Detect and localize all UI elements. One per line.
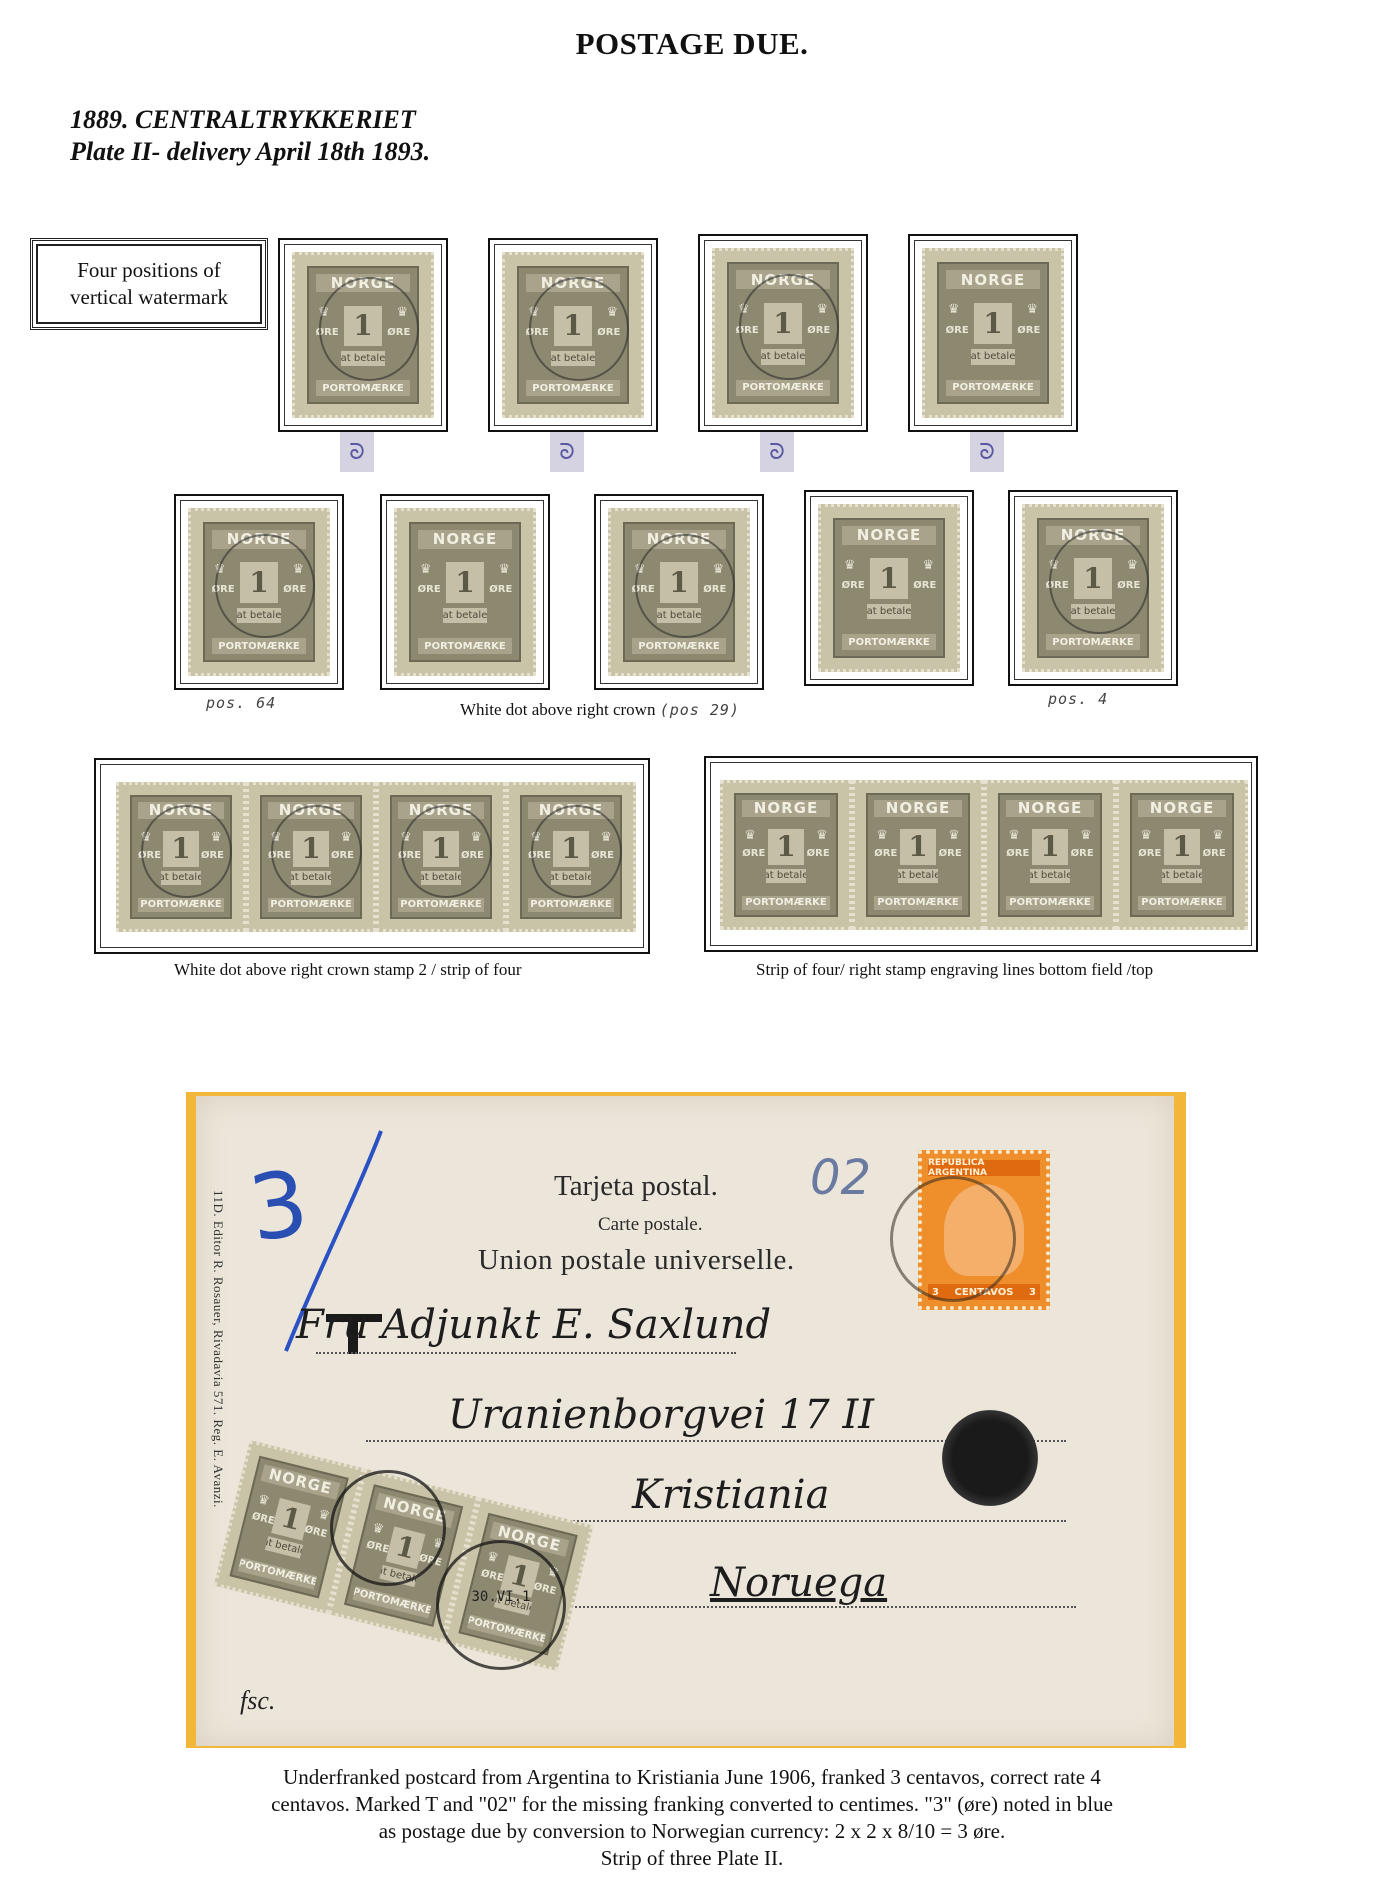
stamp-slot: NORGE ♛ ♛ 1 ØRE ØRE at betale PORTOMÆRKE	[984, 780, 1116, 930]
crown-icon: ♛	[816, 827, 828, 843]
stamp-slot: NORGE ♛ ♛ 1 ØRE ØRE at betale PORTOMÆRKE	[502, 252, 644, 418]
postcard-caption: Underfranked postcard from Argentina to …	[160, 1764, 1224, 1872]
stamp-middle-text: at betale	[898, 869, 938, 882]
cancellation-postmark	[271, 805, 362, 898]
stamp-currency-left: ØRE	[874, 848, 897, 859]
stamp-slot: NORGE ♛ ♛ 1 ØRE ØRE at betale PORTOMÆRKE	[116, 782, 246, 932]
postage-due-stamp: NORGE ♛ ♛ 1 ØRE ØRE at betale PORTOMÆRKE	[818, 504, 960, 672]
posthorn-watermark-icon: ᘐ	[970, 432, 1004, 472]
stamp-design: NORGE ♛ ♛ 1 ØRE ØRE at betale PORTOMÆRKE	[409, 522, 521, 661]
kristiania-postmark	[330, 1470, 446, 1586]
stamp-slot: NORGE ♛ ♛ 1 ØRE ØRE at betale PORTOMÆRKE	[188, 508, 330, 676]
stamp-slot: NORGE ♛ ♛ 1 ØRE ØRE at betale PORTOMÆRKE	[246, 782, 376, 932]
stamp-design: NORGE ♛ ♛ 1 ØRE ØRE at betale PORTOMÆRKE	[937, 262, 1049, 403]
stamp-slot: NORGE ♛ ♛ 1 ØRE ØRE at betale PORTOMÆRKE	[818, 504, 960, 672]
stamp-frame-row2-1: NORGE ♛ ♛ 1 ØRE ØRE at betale PORTOMÆRKE	[174, 494, 344, 690]
cancellation-postmark	[529, 277, 628, 380]
stamp-currency-right: ØRE	[807, 848, 830, 859]
argentina-stamp-header: REPUBLICA ARGENTINA	[928, 1160, 1040, 1176]
stamp-bottom-text: PORTOMÆRKE	[742, 896, 829, 910]
watermark-label-line-1: Four positions of	[70, 257, 228, 284]
strip-caption-right: Strip of four/ right stamp engraving lin…	[756, 960, 1153, 980]
subtitle-line-1: 1889. CENTRALTRYKKERIET	[70, 104, 430, 136]
caption-line-4: Strip of three Plate II.	[160, 1845, 1224, 1872]
stamp-frame-row1-4: NORGE ♛ ♛ 1 ØRE ØRE at betale PORTOMÆRKE	[908, 234, 1078, 432]
stamp-slot: NORGE ♛ ♛ 1 ØRE ØRE at betale PORTOMÆRKE	[394, 508, 536, 676]
stamp-value: 1	[1032, 829, 1068, 865]
postage-due-stamp: NORGE ♛ ♛ 1 ØRE ØRE at betale PORTOMÆRKE	[188, 508, 330, 676]
cancellation-postmark	[635, 534, 734, 638]
crown-icon: ♛	[744, 827, 756, 843]
stamp-value: 1	[768, 829, 804, 865]
crown-icon: ♛	[923, 557, 935, 573]
stamp-currency-left: ØRE	[1006, 848, 1029, 859]
posthorn-watermark-icon: ᘐ	[340, 432, 374, 472]
stamp-bottom-text: PORTOMÆRKE	[874, 896, 961, 910]
stamp-middle-text: at betale	[971, 349, 1014, 364]
postage-due-stamp: NORGE ♛ ♛ 1 ØRE ØRE at betale PORTOMÆRKE	[922, 248, 1064, 418]
position-note-right: pos. 4	[1048, 690, 1108, 708]
stamp-bottom-text: PORTOMÆRKE	[316, 380, 411, 396]
postage-due-stamp: NORGE ♛ ♛ 1 ØRE ØRE at betale PORTOMÆRKE	[246, 782, 376, 932]
crown-icon: ♛	[876, 827, 888, 843]
crown-icon: ♛	[948, 301, 960, 317]
stamp-bottom-text: PORTOMÆRKE	[398, 898, 484, 912]
stamp-middle-text: at betale	[1030, 869, 1070, 882]
stamp-middle-text: at betale	[265, 1537, 302, 1558]
stamp-frame-row1-1: NORGE ♛ ♛ 1 ØRE ØRE at betale PORTOMÆRKE	[278, 238, 448, 432]
stamp-frame-row2-2: NORGE ♛ ♛ 1 ØRE ØRE at betale PORTOMÆRKE	[380, 494, 550, 690]
stamp-currency-right: ØRE	[489, 584, 512, 595]
cancellation-postmark	[531, 805, 622, 898]
postcard-publisher-imprint: 11D. Editor R. Rosauer, Rivadavia 571. R…	[210, 1190, 226, 1508]
stamp-country: NORGE	[874, 800, 961, 817]
postage-due-stamp: NORGE ♛ ♛ 1 ØRE ØRE at betale PORTOMÆRKE	[502, 252, 644, 418]
stamp-currency-left: ØRE	[1138, 848, 1161, 859]
caption-line-1: Underfranked postcard from Argentina to …	[160, 1764, 1224, 1791]
stamp-slot: NORGE ♛ ♛ 1 ØRE ØRE at betale PORTOMÆRKE	[1022, 504, 1164, 672]
posthorn-watermark-icon: ᘐ	[760, 432, 794, 472]
row2-caption: White dot above right crown (pos 29)	[460, 700, 740, 720]
black-postmark	[942, 1410, 1038, 1506]
cancellation-postmark	[1049, 530, 1148, 634]
stamp-bottom-text: PORTOMÆRKE	[268, 898, 354, 912]
crown-icon: ♛	[948, 827, 960, 843]
stamp-middle-text: at betale	[766, 869, 806, 882]
address-line-3: Kristiania	[632, 1472, 829, 1518]
stamp-frame-row1-2: NORGE ♛ ♛ 1 ØRE ØRE at betale PORTOMÆRKE	[488, 238, 658, 432]
cancellation-postmark	[215, 534, 314, 638]
postage-due-stamp: NORGE ♛ ♛ 1 ØRE ØRE at betale PORTOMÆRKE	[712, 248, 854, 418]
stamp-slot: NORGE ♛ ♛ 1 ØRE ØRE at betale PORTOMÆRKE	[376, 782, 506, 932]
stamp-value: 1	[974, 303, 1013, 344]
stamp-slot: NORGE ♛ ♛ 1 ØRE ØRE at betale PORTOMÆRKE	[608, 508, 750, 676]
stamp-country: NORGE	[742, 800, 829, 817]
address-line-4: Noruega	[710, 1560, 887, 1606]
stamp-frame-row2-4: NORGE ♛ ♛ 1 ØRE ØRE at betale PORTOMÆRKE	[804, 490, 974, 686]
cancellation-postmark	[141, 805, 232, 898]
stamp-bottom-text: PORTOMÆRKE	[946, 380, 1041, 396]
crown-icon: ♛	[420, 561, 432, 577]
caption-line-2: centavos. Marked T and "02" for the miss…	[160, 1791, 1224, 1818]
crown-icon: ♛	[1080, 827, 1092, 843]
stamp-design: NORGE ♛ ♛ 1 ØRE ØRE at betale PORTOMÆRKE	[998, 793, 1101, 917]
stamp-value: 1	[870, 558, 909, 599]
row2-caption-text: White dot above right crown	[460, 700, 655, 719]
stamp-bottom-text: PORTOMÆRKE	[526, 380, 621, 396]
stamp-currency-right: ØRE	[303, 1524, 328, 1540]
stamp-slot: NORGE ♛ ♛ 1 ØRE ØRE at betale PORTOMÆRKE	[720, 780, 852, 930]
stamp-bottom-text: PORTOMÆRKE	[736, 380, 831, 396]
stamp-bottom-text: PORTOMÆRKE	[632, 638, 727, 654]
expert-signature: fsc.	[240, 1686, 275, 1716]
stamp-currency-right: ØRE	[1017, 325, 1040, 336]
crown-icon: ♛	[1027, 301, 1039, 317]
stamp-bottom-text: PORTOMÆRKE	[842, 634, 937, 650]
postage-due-stamp: NORGE ♛ ♛ 1 ØRE ØRE at betale PORTOMÆRKE	[376, 782, 506, 932]
stamp-slot: NORGE ♛ ♛ 1 ØRE ØRE at betale PORTOMÆRKE	[292, 252, 434, 418]
stamp-middle-text: at betale	[867, 604, 910, 619]
watermark-label-line-2: vertical watermark	[70, 284, 228, 311]
stamp-design: NORGE ♛ ♛ 1 ØRE ØRE at betale PORTOMÆRKE	[833, 518, 945, 657]
stamp-design: NORGE ♛ ♛ 1 ØRE ØRE at betale PORTOMÆRKE	[1130, 793, 1233, 917]
crown-icon: ♛	[256, 1491, 271, 1509]
stamp-frame-row1-3: NORGE ♛ ♛ 1 ØRE ØRE at betale PORTOMÆRKE	[698, 234, 868, 432]
subtitle-line-2: Plate II- delivery April 18th 1893.	[70, 136, 430, 168]
stamp-value: 1	[446, 562, 485, 603]
caption-line-3: as postage due by conversion to Norwegia…	[160, 1818, 1224, 1845]
stamp-bottom-text: PORTOMÆRKE	[138, 898, 224, 912]
stamp-slot: NORGE ♛ ♛ 1 ØRE ØRE at betale PORTOMÆRKE	[506, 782, 636, 932]
postcard-subtitle: Carte postale.	[598, 1214, 702, 1236]
stamp-slot: NORGE ♛ ♛ 1 ØRE ØRE at betale PORTOMÆRKE	[712, 248, 854, 418]
crown-icon: ♛	[1140, 827, 1152, 843]
stamp-country: NORGE	[946, 270, 1041, 289]
watermark-label-box: Four positions of vertical watermark	[30, 238, 268, 330]
postage-due-stamp: NORGE ♛ ♛ 1 ØRE ØRE at betale PORTOMÆRKE	[852, 780, 984, 930]
postage-due-stamp: NORGE ♛ ♛ 1 ØRE ØRE at betale PORTOMÆRKE	[506, 782, 636, 932]
postage-due-stamp: NORGE ♛ ♛ 1 ØRE ØRE at betale PORTOMÆRKE	[1116, 780, 1248, 930]
stamp-currency-right: ØRE	[913, 580, 936, 591]
postage-due-stamp: NORGE ♛ ♛ 1 ØRE ØRE at betale PORTOMÆRKE	[292, 252, 434, 418]
postcard-title: Tarjeta postal.	[554, 1170, 718, 1203]
stamp-middle-text: at betale	[1162, 869, 1202, 882]
stamp-slot: NORGE ♛ ♛ 1 ØRE ØRE at betale PORTOMÆRKE	[1116, 780, 1248, 930]
argentina-postmark	[890, 1176, 1016, 1302]
cancellation-postmark	[739, 274, 838, 380]
crown-icon: ♛	[499, 561, 511, 577]
stamp-slot: NORGE ♛ ♛ 1 ØRE ØRE at betale PORTOMÆRKE	[922, 248, 1064, 418]
stamp-frame-row2-5: NORGE ♛ ♛ 1 ØRE ØRE at betale PORTOMÆRKE	[1008, 490, 1178, 686]
address-rule	[316, 1352, 736, 1354]
crown-icon: ♛	[1212, 827, 1224, 843]
stamp-currency-left: ØRE	[742, 848, 765, 859]
postage-due-stamp: NORGE ♛ ♛ 1 ØRE ØRE at betale PORTOMÆRKE	[984, 780, 1116, 930]
stamp-currency-right: ØRE	[939, 848, 962, 859]
stamp-currency-right: ØRE	[1071, 848, 1094, 859]
stamp-bottom-text: PORTOMÆRKE	[528, 898, 614, 912]
stamp-country: NORGE	[1006, 800, 1093, 817]
postage-due-stamp: NORGE ♛ ♛ 1 ØRE ØRE at betale PORTOMÆRKE	[720, 780, 852, 930]
strip-frame-left: NORGE ♛ ♛ 1 ØRE ØRE at betale PORTOMÆRKE…	[94, 758, 650, 954]
stamp-country: NORGE	[418, 530, 513, 549]
postage-due-stamp: NORGE ♛ ♛ 1 ØRE ØRE at betale PORTOMÆRKE	[116, 782, 246, 932]
argentina-stamp-value-right: 3	[1029, 1287, 1036, 1298]
position-note-left: pos. 64	[206, 694, 276, 712]
postcard-union-text: Union postale universelle.	[478, 1244, 795, 1277]
stamp-currency-left: ØRE	[418, 584, 441, 595]
pencil-marking: 02	[810, 1150, 871, 1206]
cancellation-postmark	[319, 277, 418, 380]
strip-frame-right: NORGE ♛ ♛ 1 ØRE ØRE at betale PORTOMÆRKE…	[704, 756, 1258, 952]
stamp-bottom-text: PORTOMÆRKE	[1006, 896, 1093, 910]
page-subtitle: 1889. CENTRALTRYKKERIET Plate II- delive…	[70, 104, 430, 168]
stamp-value: 1	[900, 829, 936, 865]
address-line-1: Fru Adjunkt E. Saxlund	[296, 1302, 771, 1348]
stamp-bottom-text: PORTOMÆRKE	[1046, 634, 1141, 650]
stamp-bottom-text: PORTOMÆRKE	[353, 1586, 431, 1619]
stamp-bottom-text: PORTOMÆRKE	[1138, 896, 1225, 910]
kristiania-postmark: 30.VI.1	[436, 1540, 566, 1670]
postage-due-stamp: NORGE ♛ ♛ 1 ØRE ØRE at betale PORTOMÆRKE	[608, 508, 750, 676]
stamp-bottom-text: PORTOMÆRKE	[238, 1557, 316, 1590]
stamp-currency-left: ØRE	[842, 580, 865, 591]
stamp-slot: NORGE ♛ ♛ 1 ØRE ØRE at betale PORTOMÆRKE	[852, 780, 984, 930]
stamp-middle-text: at betale	[443, 608, 486, 623]
postmark-date: 30.VI.1	[439, 1589, 563, 1605]
strip-caption-left: White dot above right crown stamp 2 / st…	[174, 960, 521, 980]
stamp-design: NORGE ♛ ♛ 1 ØRE ØRE at betale PORTOMÆRKE	[734, 793, 837, 917]
page-title: POSTAGE DUE.	[0, 26, 1384, 62]
stamp-currency-left: ØRE	[946, 325, 969, 336]
crown-icon: ♛	[1008, 827, 1020, 843]
stamp-country: NORGE	[261, 1464, 340, 1499]
stamp-design: NORGE ♛ ♛ 1 ØRE ØRE at betale PORTOMÆRKE	[866, 793, 969, 917]
position-note-center: (pos 29)	[660, 701, 740, 719]
stamp-currency-left: ØRE	[251, 1511, 276, 1527]
stamp-bottom-text: PORTOMÆRKE	[418, 638, 513, 654]
crown-icon: ♛	[844, 557, 856, 573]
stamp-value: 1	[1164, 829, 1200, 865]
stamp-bottom-text: PORTOMÆRKE	[212, 638, 307, 654]
stamp-currency-right: ØRE	[1203, 848, 1226, 859]
stamp-country: NORGE	[1138, 800, 1225, 817]
postage-due-stamp: NORGE ♛ ♛ 1 ØRE ØRE at betale PORTOMÆRKE	[394, 508, 536, 676]
stamp-frame-row2-3: NORGE ♛ ♛ 1 ØRE ØRE at betale PORTOMÆRKE	[594, 494, 764, 690]
postage-due-stamp: NORGE ♛ ♛ 1 ØRE ØRE at betale PORTOMÆRKE	[1022, 504, 1164, 672]
address-line-2: Uranienborgvei 17 II	[448, 1392, 874, 1438]
posthorn-watermark-icon: ᘐ	[550, 432, 584, 472]
cancellation-postmark	[401, 805, 492, 898]
stamp-country: NORGE	[842, 526, 937, 545]
